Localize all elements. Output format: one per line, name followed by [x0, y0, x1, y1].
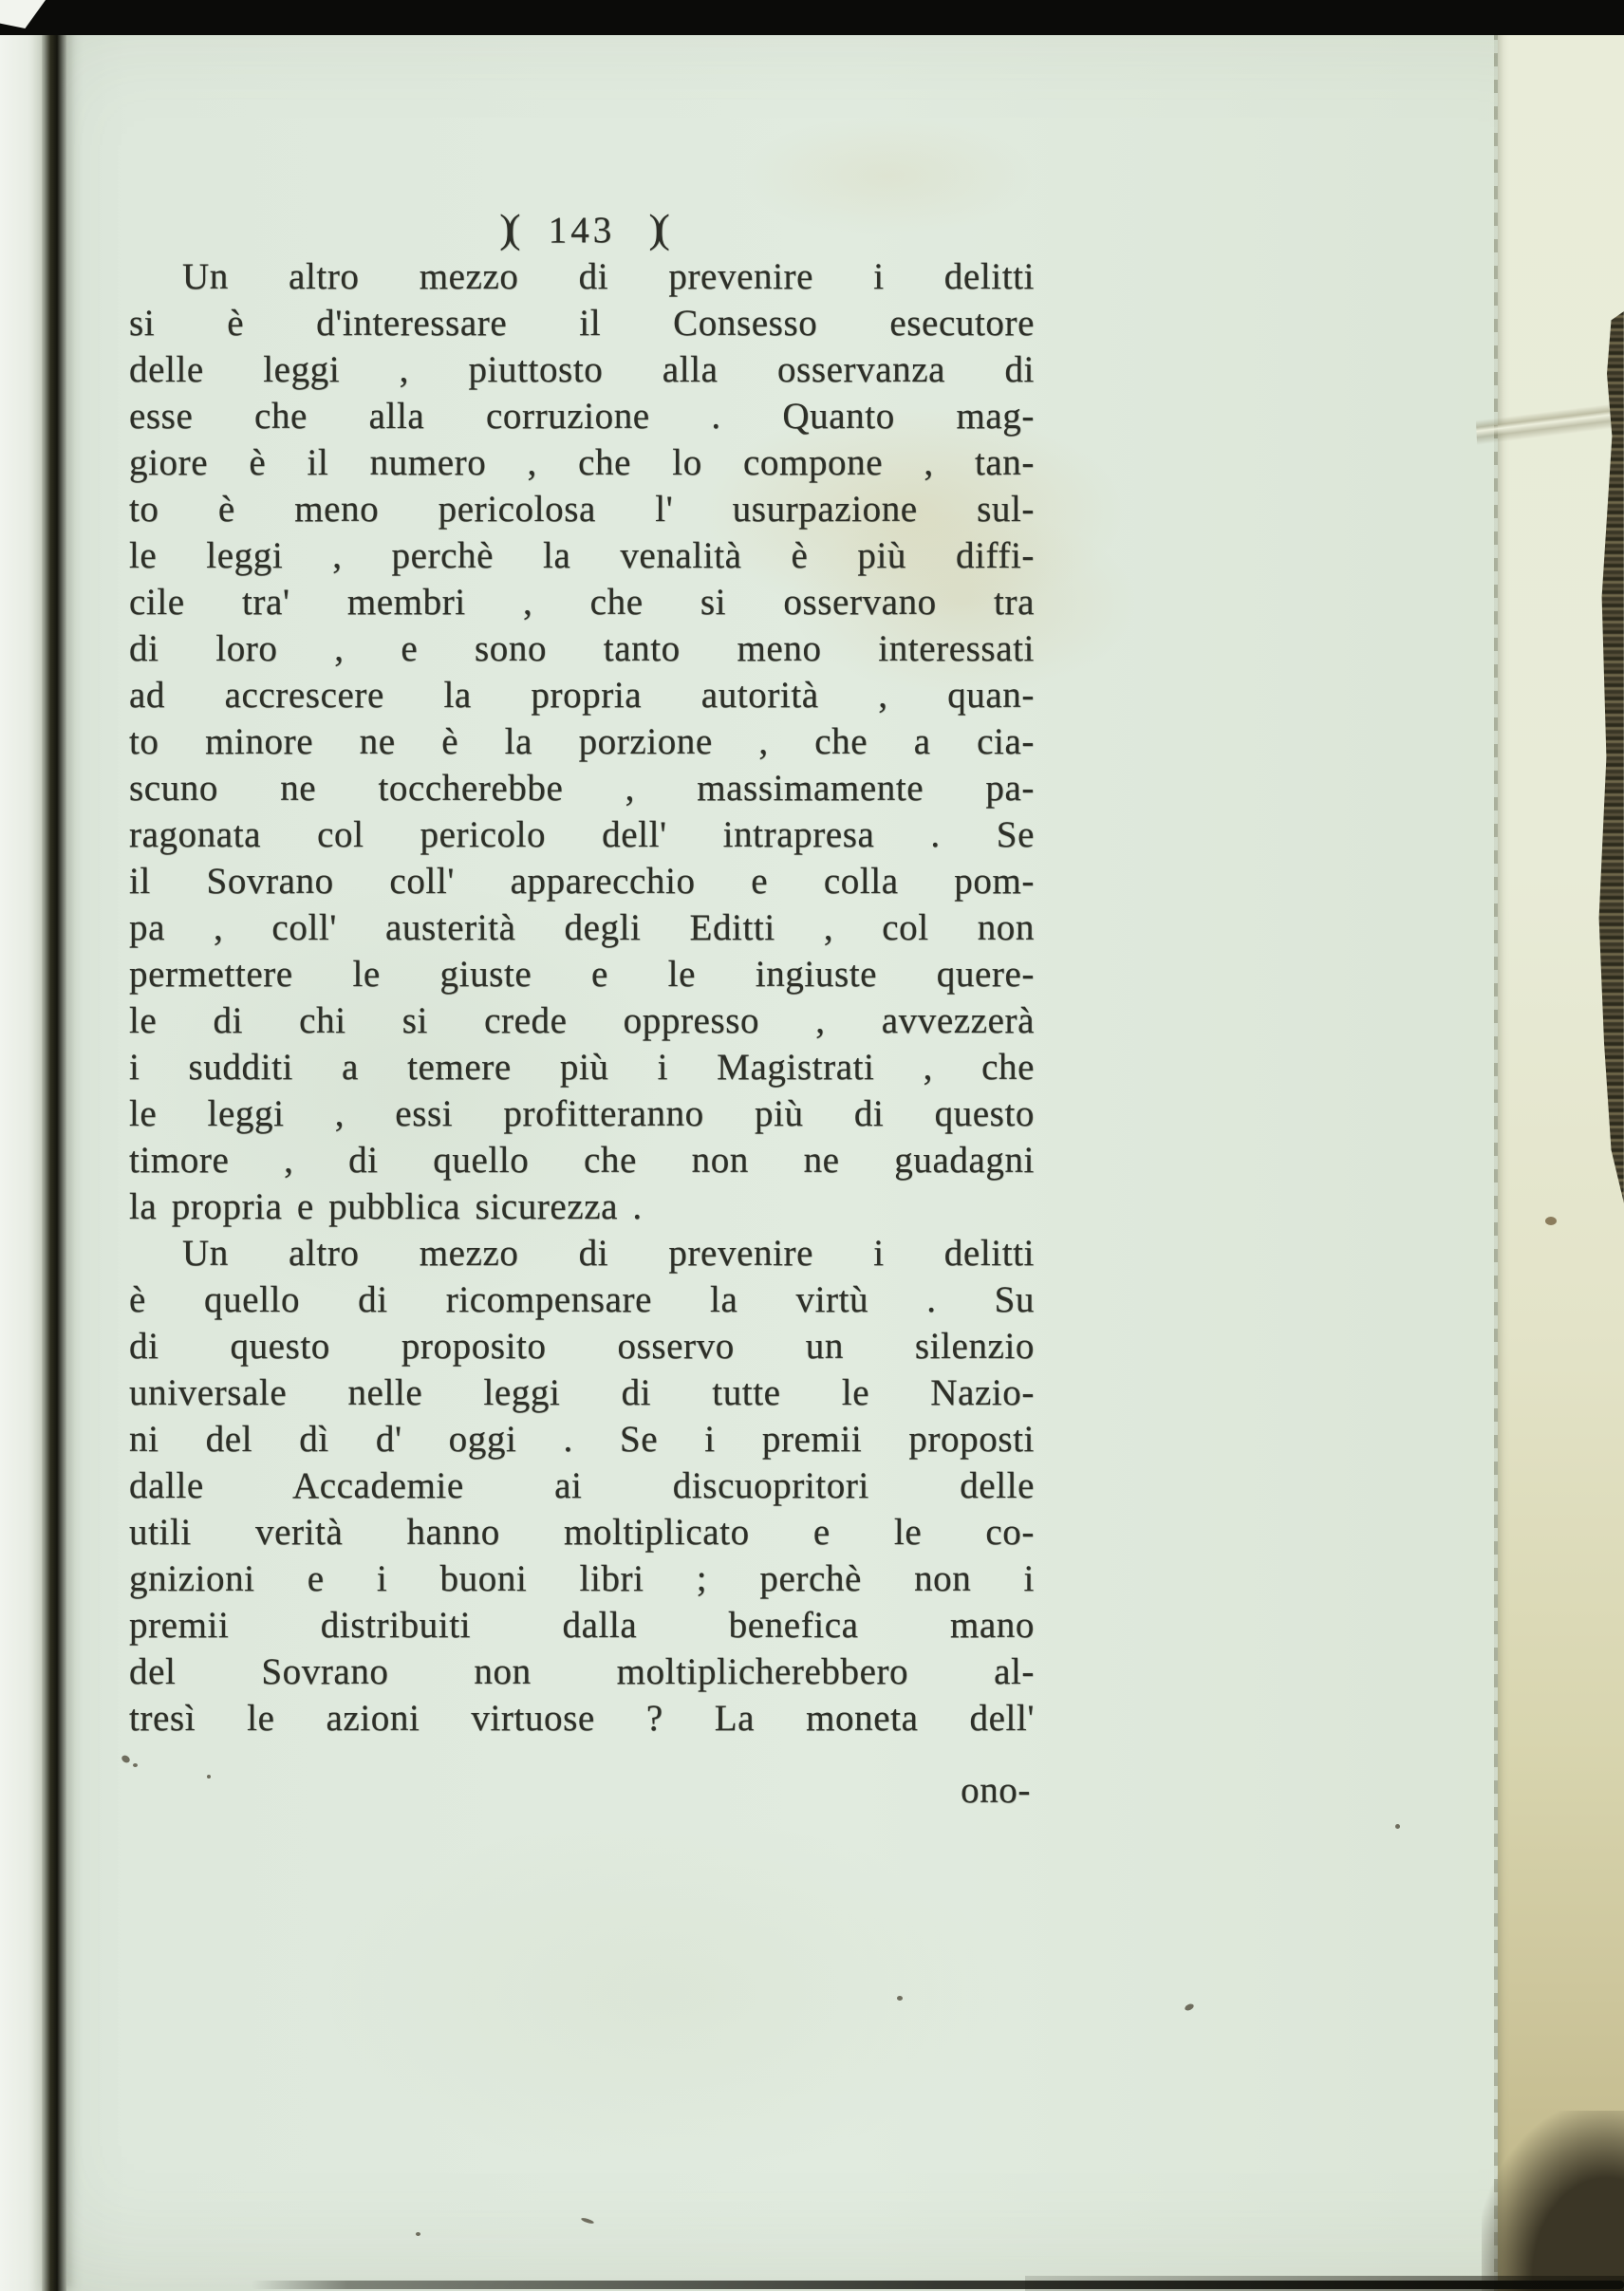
text-line: la propria e pubblica sicurezza .	[129, 1183, 1035, 1230]
text-line: è quello di ricompensare la virtù . Su	[129, 1276, 1035, 1323]
text-line: to è meno pericolosa l' usurpazione sul-	[129, 486, 1035, 532]
text-line: le di chi si crede oppresso , avvezzerà	[129, 997, 1035, 1044]
top-scan-edge	[0, 0, 1624, 35]
catchword: ono-	[961, 1770, 1031, 1811]
paper-crease-line	[1494, 0, 1498, 2291]
paper-speck	[416, 2232, 420, 2236]
text-line: il Sovrano coll' apparecchio e colla pom…	[129, 858, 1035, 904]
text-line: del Sovrano non moltiplicherebbero al-	[129, 1648, 1035, 1695]
text-line: ragonata col pericolo dell' intrapresa .…	[129, 811, 1035, 858]
text-line: premii distribuiti dalla benefica mano	[129, 1602, 1035, 1648]
text-line: tresì le azioni virtuose ? La moneta del…	[129, 1695, 1035, 1742]
paper-speck	[1184, 2002, 1195, 2012]
text-line: cile tra' membri , che si osservano tra	[129, 579, 1035, 625]
bottom-scan-edge	[252, 2281, 1624, 2289]
header-ornament-right: )(	[636, 208, 678, 251]
text-line: si è d'interessare il Consesso esecutore	[129, 300, 1035, 346]
page-header: )( 143 )(	[129, 207, 1035, 253]
paper-speck	[581, 2217, 595, 2225]
text-line: giore è il numero , che lo compone , tan…	[129, 439, 1035, 486]
text-line: le leggi , essi profitteranno più di que…	[129, 1090, 1035, 1137]
text-lines: Un altro mezzo di prevenire i delittisi …	[129, 253, 1035, 1742]
page-number: 143	[543, 210, 622, 251]
text-line: pa , coll' austerità degli Editti , col …	[129, 904, 1035, 951]
text-line: to minore ne è la porzione , che a cia-	[129, 718, 1035, 765]
text-line: utili verità hanno moltiplicato e le co-	[129, 1509, 1035, 1555]
dark-corner-shadow	[1482, 2111, 1624, 2291]
paper-speck	[1545, 1217, 1557, 1225]
text-line: delle leggi , piuttosto alla osservanza …	[129, 346, 1035, 393]
catchword-row: ono-	[129, 1767, 1035, 1814]
header-ornament-left: )(	[486, 208, 528, 251]
left-scan-margin	[0, 0, 44, 2291]
text-line: dalle Accademie ai discuopritori delle	[129, 1462, 1035, 1509]
text-line: i sudditi a temere più i Magistrati , ch…	[129, 1044, 1035, 1090]
text-line: Un altro mezzo di prevenire i delitti	[129, 253, 1035, 300]
text-line: ni del dì d' oggi . Se i premii proposti	[129, 1416, 1035, 1462]
text-line: permettere le giuste e le ingiuste quere…	[129, 951, 1035, 997]
text-block: )( 143 )( Un altro mezzo di prevenire i …	[129, 207, 1035, 1814]
text-line: timore , di quello che non ne guadagni	[129, 1137, 1035, 1183]
scanned-book-page: )( 143 )( Un altro mezzo di prevenire i …	[0, 0, 1624, 2291]
torn-paper-edge	[1474, 383, 1624, 457]
book-gutter-shadow	[42, 0, 66, 2291]
text-line: le leggi , perchè la venalità è più diff…	[129, 532, 1035, 579]
page-curl-right-edge	[1498, 0, 1624, 2291]
text-line: universale nelle leggi di tutte le Nazio…	[129, 1369, 1035, 1416]
text-line: scuno ne toccherebbe , massimamente pa-	[129, 765, 1035, 811]
text-line: di questo proposito osservo un silenzio	[129, 1323, 1035, 1369]
paper-speck	[897, 1996, 903, 2001]
text-line: gnizioni e i buoni libri ; perchè non i	[129, 1555, 1035, 1602]
text-line: ad accrescere la propria autorità , quan…	[129, 672, 1035, 718]
text-line: esse che alla corruzione . Quanto mag-	[129, 393, 1035, 439]
paper-speck	[1395, 1824, 1400, 1829]
text-line: Un altro mezzo di prevenire i delitti	[129, 1230, 1035, 1276]
text-line: di loro , e sono tanto meno interessati	[129, 625, 1035, 672]
